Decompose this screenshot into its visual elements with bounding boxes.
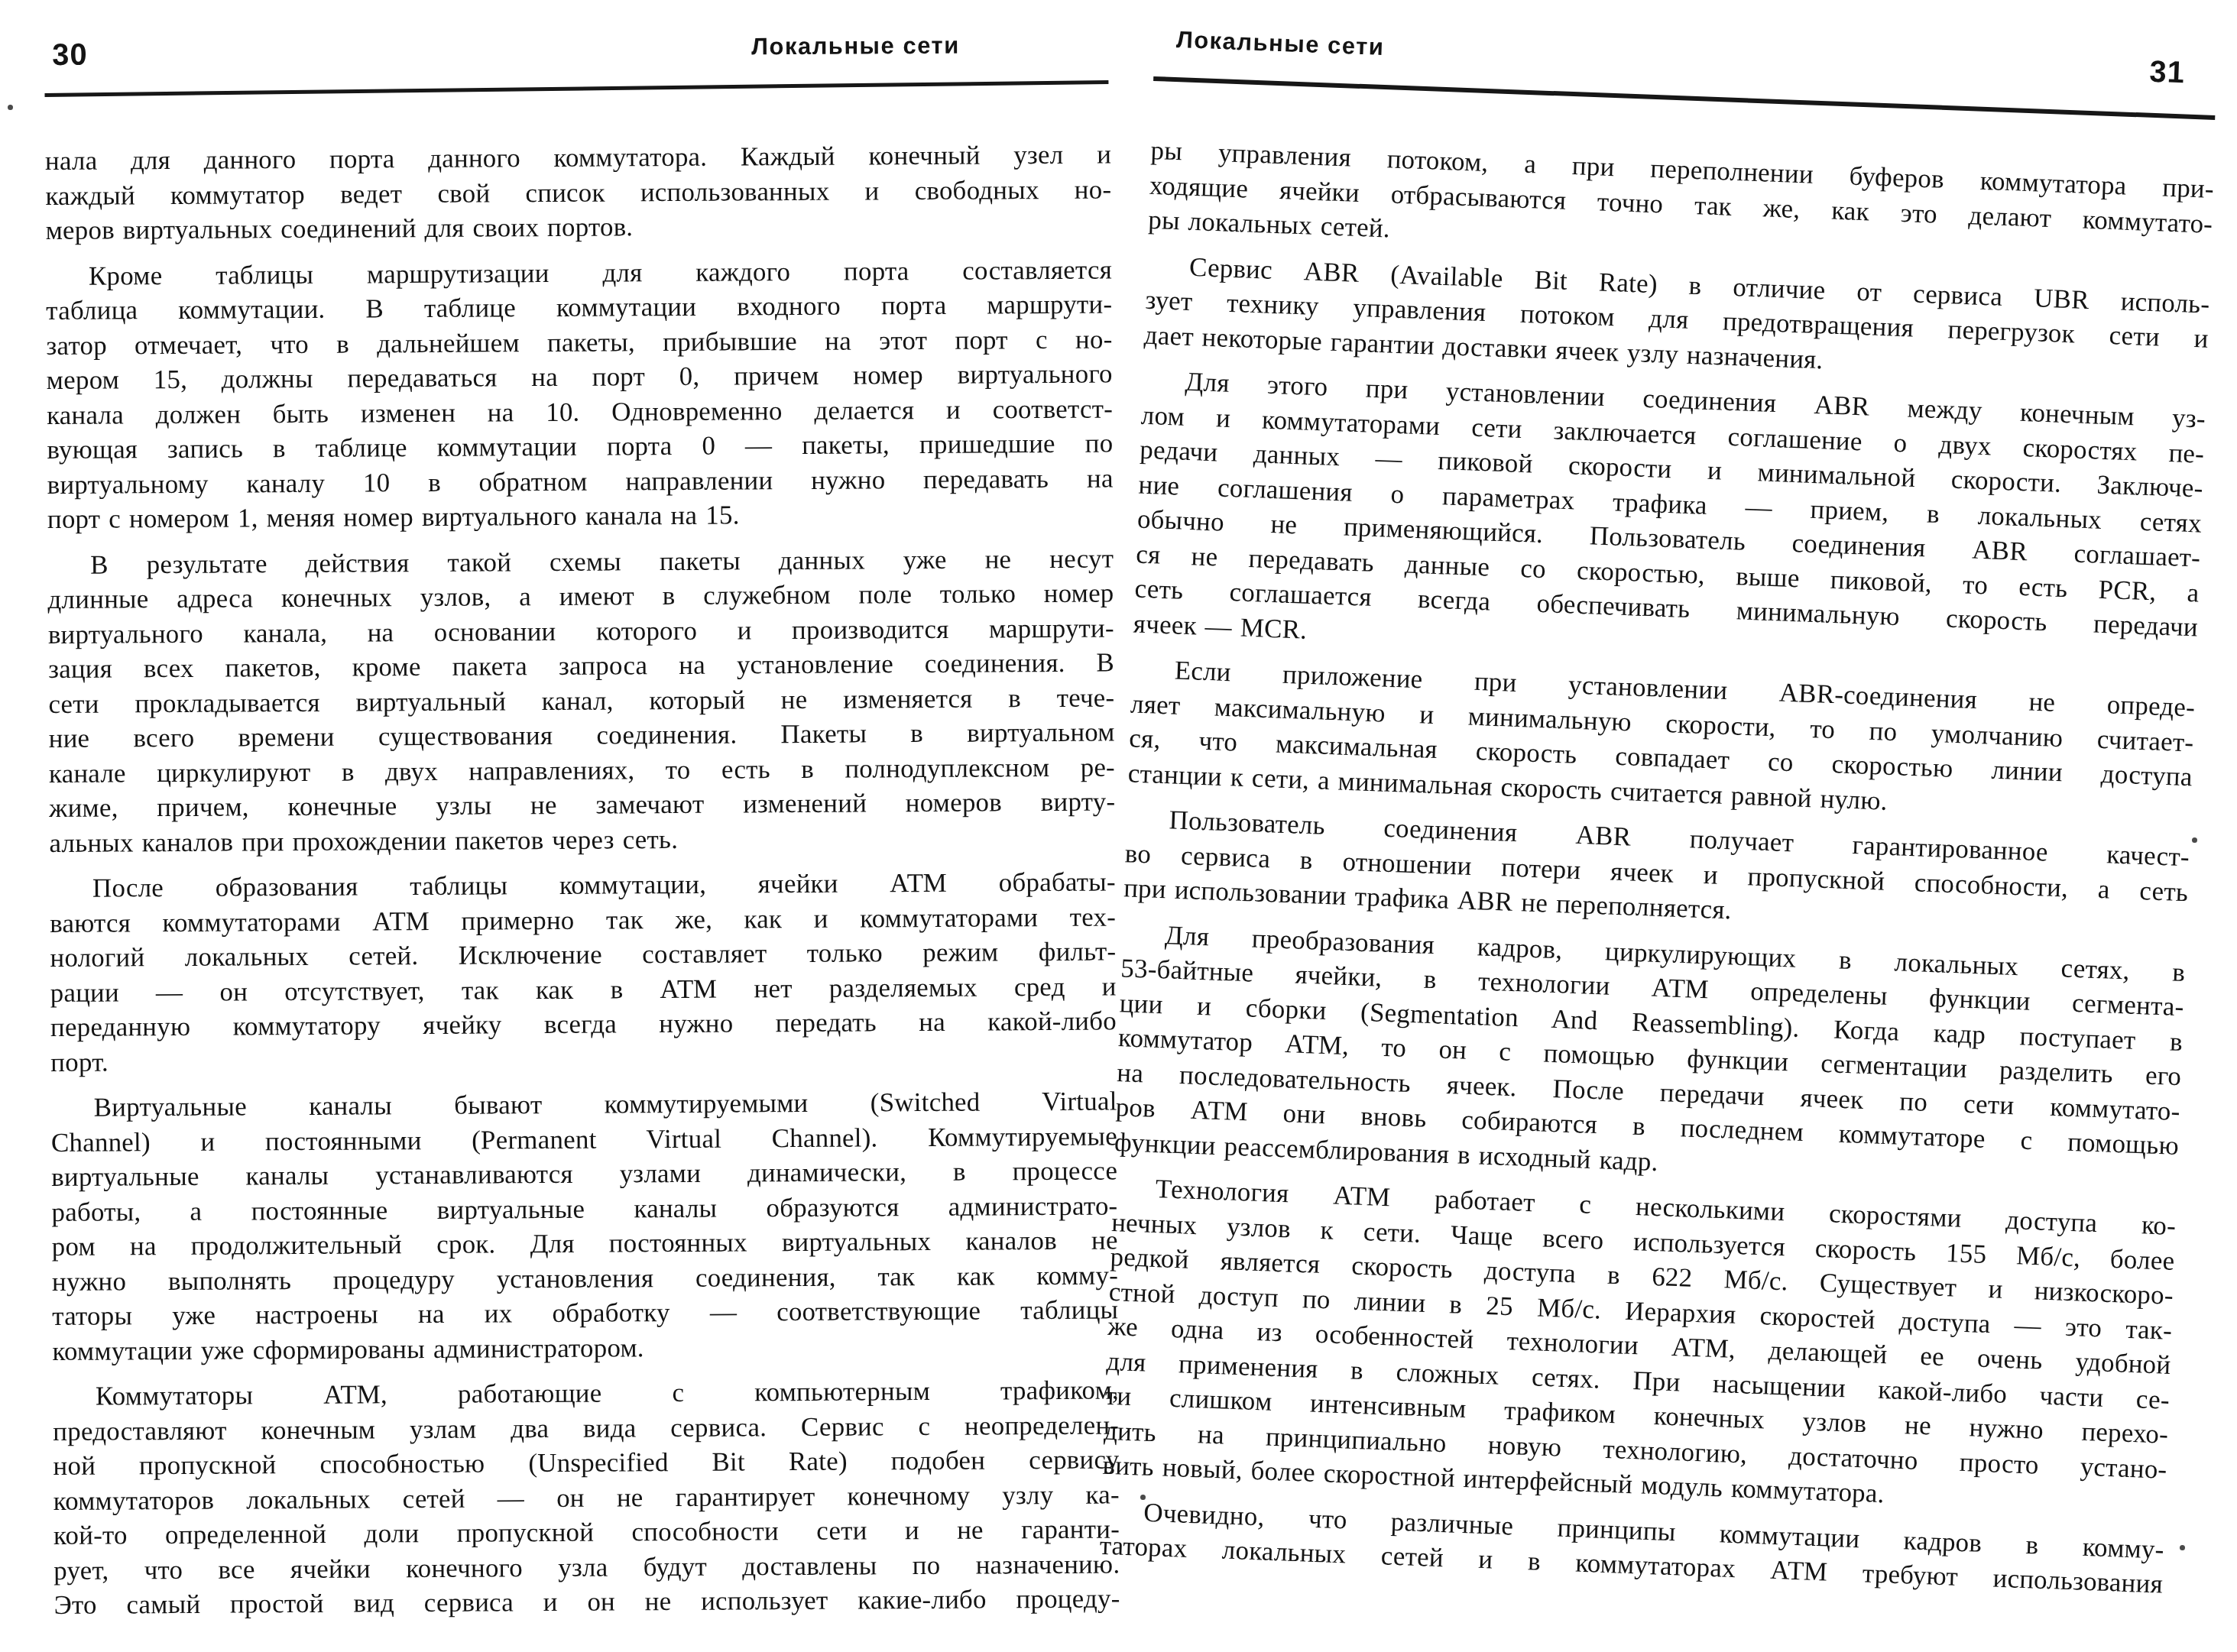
right-running-title: Локальные сети	[1175, 27, 1385, 60]
paragraph: В результате действия такой схемы пакеты…	[47, 541, 1115, 860]
paragraph: После образования таблицы коммутации, яч…	[50, 864, 1117, 1080]
scanned-book-spread: { "document": { "left_page": { "page_num…	[0, 0, 2237, 1652]
scan-speck	[1140, 1495, 1146, 1500]
paragraph: Для преобразования кадров, циркулирующих…	[1114, 916, 2186, 1198]
scan-speck	[2180, 1545, 2185, 1550]
scan-speck	[8, 105, 13, 110]
text-line: жиме, причем, конечные узлы не замечают …	[49, 784, 1115, 825]
text-line: Это самый простой вид сервиса и он не ис…	[53, 1581, 1120, 1622]
paragraph: Коммутаторы АТМ, работающие с компьютерн…	[53, 1372, 1120, 1622]
text-line: кой-то определенной доли пропускной спос…	[53, 1511, 1120, 1553]
left-page-number: 30	[52, 40, 88, 70]
text-line: каждый коммутатор ведет свой список испо…	[45, 172, 1111, 213]
text-line: Виртуальные каналы бывают коммутируемыми…	[50, 1084, 1117, 1125]
paragraph: Виртуальные каналы бывают коммутируемыми…	[50, 1084, 1118, 1369]
text-line: таблица коммутации. В таблице коммутации…	[46, 287, 1112, 328]
text-line: зация всех пакетов, кроме пакета запроса…	[48, 645, 1114, 686]
text-line: порт с номером 1, меняя номер виртуально…	[47, 495, 1114, 536]
text-line: меров виртуальных соединений для своих п…	[45, 206, 1111, 248]
left-page: 30 Локальные сети нала для данного порта…	[44, 25, 1110, 32]
paragraph: Кроме таблицы маршрутизации для каждого …	[46, 252, 1114, 537]
text-line: После образования таблицы коммутации, яч…	[50, 864, 1116, 905]
right-page-body: ры управления потоком, а при переполнени…	[1099, 133, 2215, 1602]
text-line: виртуальные каналы устанавливаются узлам…	[51, 1153, 1117, 1194]
paragraph: Для этого при установлении соединения AB…	[1133, 363, 2206, 680]
text-line: мером 15, должны передаваться на порт 0,…	[47, 356, 1113, 397]
scan-speck	[2192, 837, 2197, 843]
text-line: коммутации уже сформированы администрато…	[52, 1327, 1118, 1369]
text-line: таторы уже настроены на их обработку — с…	[52, 1292, 1118, 1333]
paragraph: Технология АТМ работает с несколькими ск…	[1102, 1170, 2177, 1521]
left-running-title: Локальные сети	[751, 33, 960, 60]
text-line: Коммутаторы АТМ, работающие с компьютерн…	[53, 1372, 1119, 1414]
text-line: порт.	[50, 1038, 1117, 1080]
paragraph: Если приложение при установлении ABR-сое…	[1127, 651, 2196, 829]
text-line: ром на продолжительный срок. Для постоян…	[52, 1223, 1118, 1264]
left-page-body: нала для данного порта данного коммутато…	[45, 137, 1120, 1622]
paragraph: нала для данного порта данного коммутато…	[45, 137, 1112, 248]
text-line: ние всего времени существования соединен…	[49, 714, 1115, 756]
right-page: Локальные сети 31 ры управления потоком,…	[1156, 20, 2219, 59]
text-line: нологий локальных сетей. Исключение сост…	[50, 934, 1116, 975]
left-header-rule	[44, 80, 1108, 97]
text-line: переданную коммутатору ячейку всегда нуж…	[50, 1003, 1117, 1045]
text-line: вующая запись в таблице коммутации порта…	[47, 426, 1113, 467]
text-line: нала для данного порта данного коммутато…	[45, 137, 1111, 178]
text-line: длинные адреса конечных узлов, а имеют в…	[47, 575, 1114, 617]
text-line: виртуальному каналу 10 в обратном направ…	[47, 461, 1113, 502]
right-page-number: 31	[2149, 57, 2186, 89]
right-header-rule	[1153, 76, 2215, 120]
text-line: альных каналов при прохождении пакетов ч…	[49, 819, 1115, 860]
text-line: ной пропускной способностью (Unspecified…	[53, 1442, 1119, 1483]
